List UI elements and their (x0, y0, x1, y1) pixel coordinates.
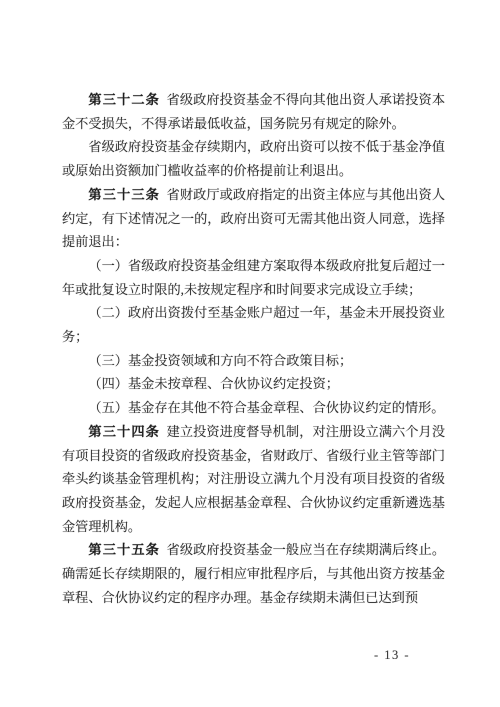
article-33-term: 第三十三条 (88, 187, 160, 202)
article-33-item-2-text: （二）政府出资拨付至基金账户超过一年，基金未开展投资业务； (62, 305, 445, 344)
article-32-paragraph-2-text: 省级政府投资基金存续期内，政府出资可以按不低于基金净值或原始出资额加门槛收益率的… (62, 139, 445, 178)
article-33-item-1-text: （一）省级政府投资基金组建方案取得本级政府批复后超过一年或批复设立时限的,未按规… (62, 258, 445, 297)
article-33-item-3-text: （三）基金投资领域和方向不符合政策目标； (88, 353, 352, 368)
article-33-item-2: （二）政府出资拨付至基金账户超过一年，基金未开展投资业务； (62, 301, 445, 348)
article-33-item-5-text: （五）基金存在其他不符合基金章程、合伙协议约定的情形。 (88, 400, 444, 415)
article-32-term: 第三十二条 (88, 92, 160, 107)
page-number: - 13 - (374, 648, 410, 663)
article-32-paragraph-2: 省级政府投资基金存续期内，政府出资可以按不低于基金净值或原始出资额加门槛收益率的… (62, 135, 445, 182)
article-34-text: 建立投资进度督导机制，对注册设立满六个月没有项目投资的省级政府投资基金，省财政厅… (62, 424, 445, 534)
article-35-paragraph: 第三十五条省级政府投资基金一般应当在存续期满后终止。确需延长存续期限的，履行相应… (62, 538, 445, 609)
article-33-item-4-text: （四）基金未按章程、合伙协议约定投资； (88, 376, 339, 391)
document-page: 第三十二条省级政府投资基金不得向其他出资人承诺投资本金不受损失，不得承诺最低收益… (0, 0, 500, 707)
article-33-item-5: （五）基金存在其他不符合基金章程、合伙协议约定的情形。 (62, 396, 445, 420)
article-32-paragraph: 第三十二条省级政府投资基金不得向其他出资人承诺投资本金不受损失，不得承诺最低收益… (62, 88, 445, 135)
article-33-item-1: （一）省级政府投资基金组建方案取得本级政府批复后超过一年或批复设立时限的,未按规… (62, 254, 445, 301)
article-34-paragraph: 第三十四条建立投资进度督导机制，对注册设立满六个月没有项目投资的省级政府投资基金… (62, 420, 445, 539)
article-35-term: 第三十五条 (88, 542, 160, 557)
article-34-term: 第三十四条 (88, 424, 160, 439)
document-body: 第三十二条省级政府投资基金不得向其他出资人承诺投资本金不受损失，不得承诺最低收益… (62, 88, 445, 609)
article-33-item-3: （三）基金投资领域和方向不符合政策目标； (62, 349, 445, 373)
article-33-paragraph: 第三十三条省财政厅或政府指定的出资主体应与其他出资人约定，有下述情况之一的，政府… (62, 183, 445, 254)
article-33-item-4: （四）基金未按章程、合伙协议约定投资； (62, 372, 445, 396)
